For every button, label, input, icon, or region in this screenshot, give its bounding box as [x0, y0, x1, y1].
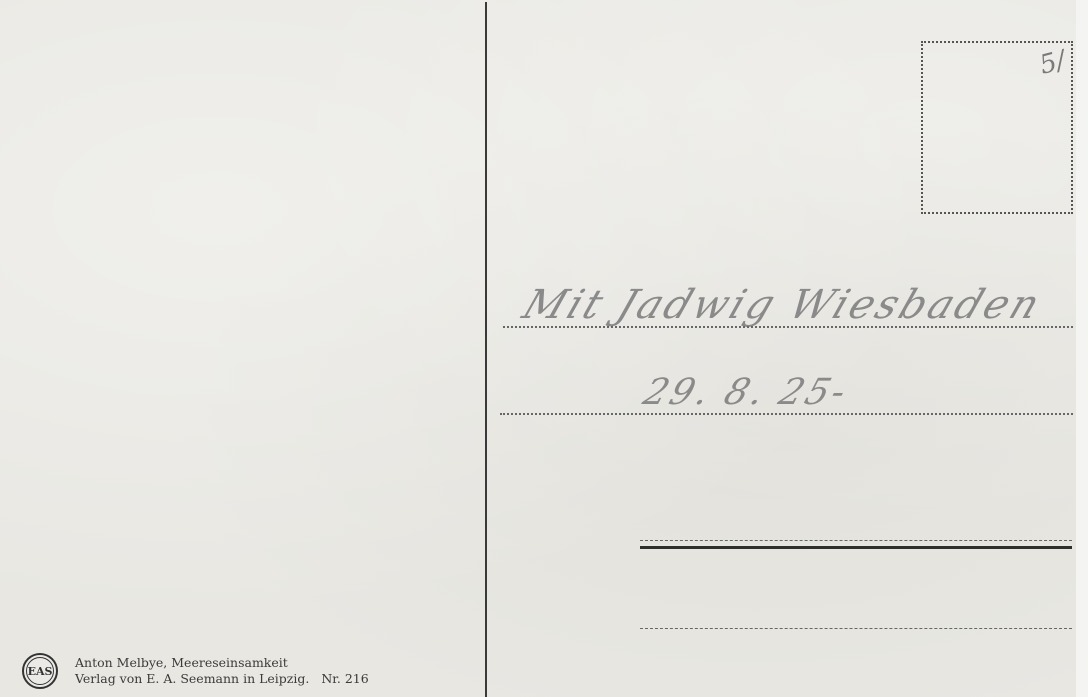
logo-monogram: EAS — [26, 657, 54, 685]
address-line-3 — [640, 540, 1072, 541]
artwork-title: Anton Melbye, Meereseinsamkeit — [75, 655, 369, 671]
center-divider-line — [485, 2, 487, 697]
address-line-4 — [640, 628, 1072, 629]
address-solid-line — [640, 546, 1072, 549]
publisher-name: Verlag von E. A. Seemann in Leipzig. — [75, 671, 309, 686]
card-edge — [1076, 0, 1088, 697]
postcard-back: 5/ Mit Jadwig Wiesbaden 29. 8. 25- EAS A… — [0, 0, 1088, 697]
publisher-imprint: EAS Anton Melbye, Meereseinsamkeit Verla… — [22, 653, 369, 689]
address-line-2 — [500, 413, 1073, 415]
imprint-text: Anton Melbye, Meereseinsamkeit Verlag vo… — [75, 655, 369, 687]
handwritten-date: 29. 8. 25- — [638, 372, 854, 413]
card-number: Nr. 216 — [321, 671, 368, 686]
handwritten-address-line-1: Mit Jadwig Wiesbaden — [517, 282, 1049, 328]
publisher-line: Verlag von E. A. Seemann in Leipzig.Nr. … — [75, 671, 369, 687]
seemann-logo-icon: EAS — [22, 653, 58, 689]
address-line-1 — [503, 326, 1073, 328]
